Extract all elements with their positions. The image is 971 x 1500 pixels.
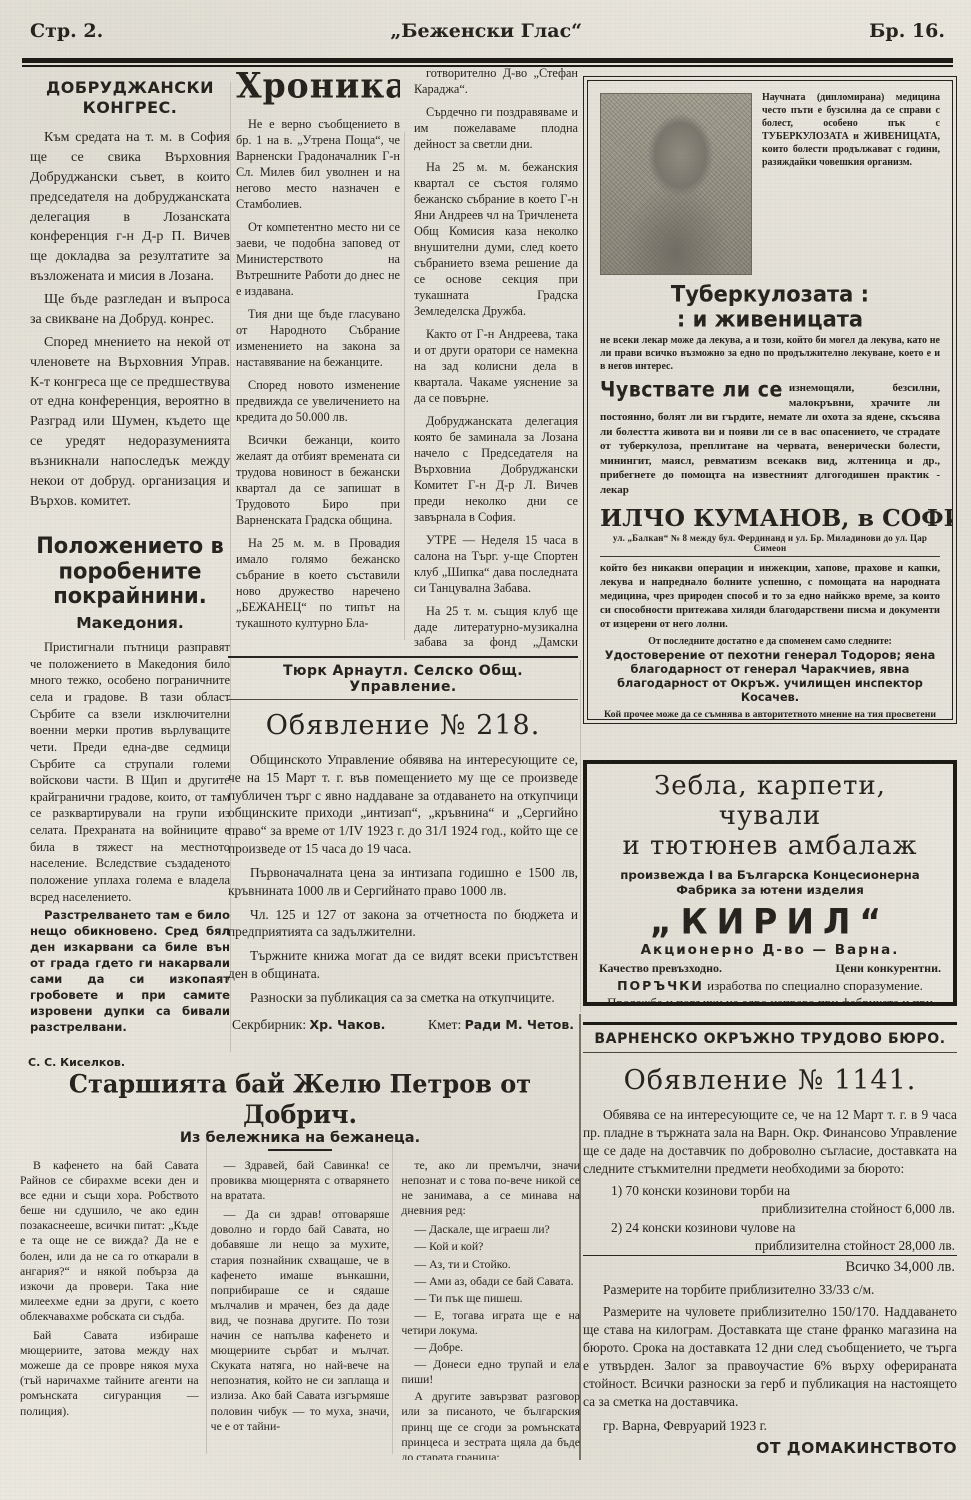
announcement-title: Обявление № 218. <box>228 710 578 741</box>
testimonials-lead: От последните достатно е да споменем сам… <box>600 636 940 647</box>
announcement-1141: ВАРНЕНСКО ОКРЪЖНО ТРУДОВО БЮРО. Обявлени… <box>583 1022 957 1457</box>
ad-symptoms-lead: Чувствате ли се <box>600 380 783 401</box>
news-item: Не е верно съобщението в бр. 1 на в. „Ут… <box>236 117 400 213</box>
testimonials-text: Удостоверение от пехотни генерал Тодоров… <box>600 649 940 705</box>
kiril-quality-prices-row: Качество превъзходно. Цени конкурентни. <box>599 961 941 976</box>
doctor-advertisement: Научната (дипломирана) медицина често пъ… <box>587 80 953 720</box>
story-paragraph: те, ако ли премълчи, значи непознат и с … <box>401 1158 580 1218</box>
kiril-orders-lead: ПОРЪЧКИ <box>617 978 704 993</box>
secretary-signature: Секрбирник: Хр. Чаков. <box>232 1017 385 1033</box>
news-item: УТРЕ — Неделя 15 часа в салона на Търг. … <box>414 533 578 597</box>
ad-note-text: не всеки лекар може да лекува, а и този,… <box>600 334 940 373</box>
story-paragraph: В кафенето на бай Савата Райнов се сбира… <box>20 1158 199 1324</box>
mayor-label: Кмет: <box>428 1017 461 1032</box>
bureau-item-2: 2) 24 конски козинови чулове на <box>583 1219 957 1237</box>
story-paragraph: — Да си здрав! отговаряше доволно и горд… <box>211 1207 390 1433</box>
article-title-porobeni-pokrainini: Положението в поробените покрайнини. <box>30 534 230 609</box>
kiril-produced-by: произвежда I ва Българска Концесионерна … <box>599 868 941 899</box>
paper-title: „Беженски Глас“ <box>390 20 582 42</box>
article-paragraph: Пристигнали пътници разправят че положен… <box>30 639 230 905</box>
news-item: Всички бежанци, които желаят да отбият в… <box>236 433 400 529</box>
bureau-item-1: 1) 70 конски козинови торби на <box>583 1182 957 1200</box>
news-item: Тия дни ще бъде гласувано от Народното С… <box>236 307 400 371</box>
kiril-brand-name: „КИРИЛ“ <box>599 901 941 942</box>
story-column-2: — Здравей, бай Савинка! се провиква мюще… <box>211 1158 390 1460</box>
dialog-line: — Аз, ти и Стойко. <box>401 1257 580 1272</box>
news-item: На 25 т. м. същия клуб ще даде литератур… <box>414 604 578 654</box>
doctor-address: ул. „Балкан“ № 8 между бул. Фердинанд и … <box>600 533 940 557</box>
announcement-paragraph: Чл. 125 и 127 от закона за отчетноста по… <box>228 906 578 942</box>
article-title-dobrudzhanski-kongres: ДОБРУДЖАНСКИ КОНГРЕС. <box>30 78 230 118</box>
corner-flourish-icon <box>587 706 601 720</box>
announcement-218: Тюрк Арнаутл. Селско Общ. Управление. Об… <box>228 656 578 1056</box>
story-subtitle: Из бележника на бежанеца. <box>20 1130 580 1146</box>
bureau-org-header: ВАРНЕНСКО ОКРЪЖНО ТРУДОВО БЮРО. <box>583 1022 957 1053</box>
kiril-advertisement: Зебла, карпети, чували и тютюнев амбалаж… <box>583 760 957 1006</box>
kiril-headline: Зебла, карпети, чували и тютюнев амбалаж <box>599 772 941 862</box>
page-number-label: Стр. 2. <box>30 20 103 42</box>
bureau-announcement-title: Обявление № 1141. <box>583 1065 957 1096</box>
kiril-headline-line1: Зебла, карпети, чували <box>599 772 941 832</box>
dialog-line: — Е, тогава играта ще е на четири локума… <box>401 1308 580 1338</box>
ad-headline-line1: Туберкулозата : <box>600 173 940 307</box>
story-title: Старшията бай Желю Петров от Добрич. <box>20 1069 580 1130</box>
kiril-headline-line2: и тютюнев амбалаж <box>599 832 941 862</box>
announcement-paragraph: Разноски за публикация са за сметка на о… <box>228 989 578 1007</box>
bureau-signoff: ОТ ДОМАКИНСТВОТО <box>583 1439 957 1457</box>
story-columns: В кафенето на бай Савата Райнов се сбира… <box>20 1158 580 1460</box>
dialog-line: — Кой и кой? <box>401 1239 580 1254</box>
news-item: Добруджанската делегация която бе замина… <box>414 414 578 526</box>
corner-flourish-icon <box>939 706 953 720</box>
bureau-paragraph: Размерите на торбите приблизително 33/33… <box>583 1281 957 1299</box>
article-paragraph: Ще бъде разгледан и въпроса за свикване … <box>30 290 230 330</box>
news-item: Според новото изменение предвижда се уве… <box>236 378 400 426</box>
dialog-line: — Донеси едно трупай и ела пиши! <box>401 1357 580 1387</box>
masthead: Стр. 2. „Беженски Глас“ Бр. 16. <box>30 20 945 42</box>
news-item: Както от Г-н Андреева, така и от други о… <box>414 327 578 407</box>
news-item: На 25 м. м. в Провадия имало голямо бежа… <box>236 536 400 632</box>
kiril-company-line: Акционерно Д-во — Варна. <box>599 942 941 958</box>
ad-headline-tuberculosis: Туберкулозата : : и живеницата <box>600 173 940 332</box>
author-byline: С. С. Киселков. <box>28 1056 580 1069</box>
story-rule <box>268 1149 332 1151</box>
mayor-signature: Кмет: Ради М. Четов. <box>428 1017 574 1033</box>
announcement-paragraph: Тържните книжа могат да се видят всеки п… <box>228 947 578 983</box>
dialog-line: — Добре. <box>401 1340 580 1355</box>
bureau-paragraph: Размерите на чуловете приблизително 150/… <box>583 1303 957 1411</box>
story-paragraph: — Здравей, бай Савинка! се провиква мюще… <box>211 1158 390 1203</box>
hronika-column-1: Хроника. Не е верно съобщението в бр. 1 … <box>236 66 400 654</box>
announcement-org-header: Тюрк Арнаутл. Селско Общ. Управление. <box>228 656 578 700</box>
issue-number-label: Бр. 16. <box>869 20 945 42</box>
bureau-total-value: Всичко 34,000 лв. <box>583 1258 957 1277</box>
article-paragraph: Към средата на т. м. в София ще се свика… <box>30 128 230 287</box>
story-column-3: те, ако ли премълчи, значи непознат и с … <box>401 1158 580 1460</box>
story-paragraph: Бай Савата избираше мющериите, затова ме… <box>20 1328 199 1419</box>
news-item: Сърдечно ги поздравяваме и им пожелаваме… <box>414 105 578 153</box>
announcement-paragraph: Общинското Управление обявява на интерес… <box>228 751 578 858</box>
dialog-line: — Даскале, ще играеш ли? <box>401 1222 580 1237</box>
ad-body-text: който без никакви операции и инжекции, х… <box>600 562 940 632</box>
news-item: На 25 м. м. бежанския квартал се състоя … <box>414 160 578 320</box>
kiril-quality: Качество превъзходно. <box>599 961 722 976</box>
bureau-place-date: гр. Варна, Февруарий 1923 г. <box>583 1417 957 1435</box>
right-rail: Научната (дипломирана) медицина често пъ… <box>583 76 957 1457</box>
feuilleton-story: С. С. Киселков. Старшията бай Желю Петро… <box>20 1056 580 1460</box>
dialog-line: — Ти пък ще пишеш. <box>401 1291 580 1306</box>
kiril-prices: Цени конкурентни. <box>835 961 941 976</box>
hronika-title: Хроника. <box>236 66 400 106</box>
mayor-name: Ради М. Четов. <box>465 1017 574 1032</box>
ad-headline-line2: : и живеницата <box>600 307 940 332</box>
hronika-section: Хроника. Не е верно съобщението в бр. 1 … <box>236 66 578 654</box>
article-paragraph-bold: Разстрелването там е било нещо обикновен… <box>30 908 230 1036</box>
story-paragraph: А другите завързват разговор или за писа… <box>401 1389 580 1460</box>
bureau-paragraph: Обявява се на интересующите се, че на 12… <box>583 1106 957 1178</box>
announcement-signatures: Секрбирник: Хр. Чаков. Кмет: Ради М. Чет… <box>228 1017 578 1033</box>
dialog-line: — Ами аз, обади се бай Савата. <box>401 1274 580 1289</box>
left-column: ДОБРУДЖАНСКИ КОНГРЕС. Към средата на т. … <box>30 78 230 1058</box>
secretary-name: Хр. Чаков. <box>309 1017 385 1032</box>
news-item: От компетентно место ни се заеви, че под… <box>236 220 400 300</box>
story-column-1: В кафенето на бай Савата Райнов се сбира… <box>20 1158 199 1460</box>
corner-flourish-icon <box>939 80 953 94</box>
article-subtitle-makedonia: Македония. <box>30 614 230 632</box>
secretary-label: Секрбирник: <box>232 1017 306 1032</box>
news-item: готворително Д-во „Стефан Караджа“. <box>414 66 578 98</box>
announcement-paragraph: Първоначалната цена за интизапа годишно … <box>228 864 578 900</box>
article-paragraph: Според мнението на некой от членовете на… <box>30 333 230 512</box>
hronika-column-2: готворително Д-во „Стефан Караджа“. Сърд… <box>414 66 578 654</box>
ad-question-text: Кой прочее може да се съмнява в авторите… <box>600 709 940 720</box>
kiril-orders-paragraph: ПОРЪЧКИ изработва по специално споразуме… <box>599 978 941 1006</box>
ad-symptoms-paragraph: Чувствате ли се изнемощяли, безсилни, ма… <box>600 381 940 497</box>
newspaper-page: Стр. 2. „Беженски Глас“ Бр. 16. ДОБРУДЖА… <box>0 0 971 1500</box>
bureau-item-1-value: приблизителна стойност 6,000 лв. <box>583 1200 957 1218</box>
column-divider <box>580 660 581 1012</box>
bureau-item-2-value: приблизителна стойност 28,000 лв. <box>583 1237 957 1256</box>
corner-flourish-icon <box>587 80 601 94</box>
doctor-name-headline: ИЛЧО КУМАНОВ, в СОФИЯ <box>600 504 940 532</box>
